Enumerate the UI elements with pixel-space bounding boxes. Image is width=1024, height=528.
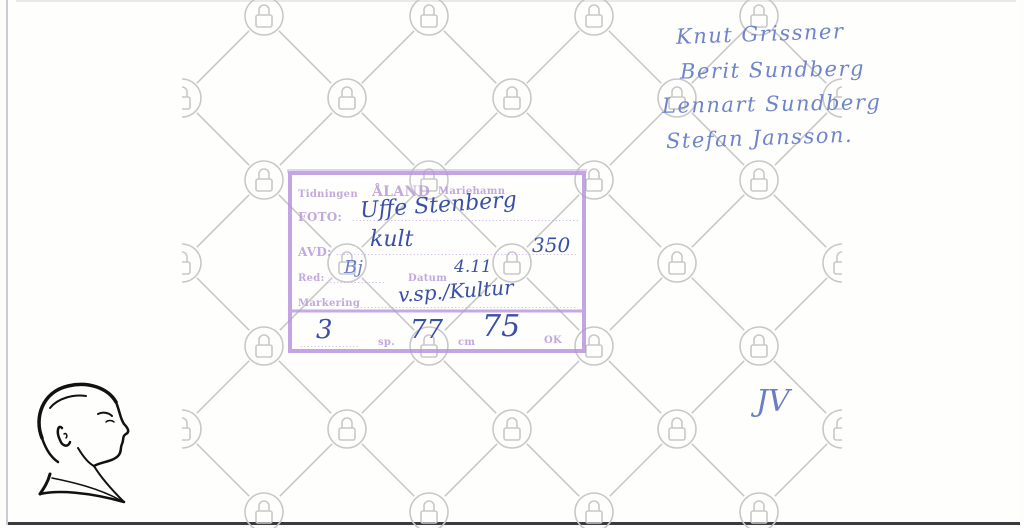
stamp-footer-end: OK: [544, 335, 562, 346]
portrait-silhouette-icon: [28, 378, 138, 508]
page-bottom-edge: [8, 522, 1020, 525]
stamp-footer-value: 77: [410, 315, 443, 345]
stamp-datum-value: 4.11: [454, 257, 492, 277]
stamp-markering-label: Markering: [298, 298, 360, 309]
stamp-foto-label: FOTO:: [298, 210, 342, 224]
stamp-red-label: Red:: [298, 273, 325, 284]
name-line: Berit Sundberg: [680, 56, 865, 83]
stamp-footer-value: 75: [482, 309, 520, 344]
stamp-footer-value: 3: [316, 315, 333, 345]
stamp-footer-label: sp.: [378, 337, 395, 348]
stamp-avd-number: 350: [532, 233, 570, 257]
handwritten-initials: JV: [756, 384, 790, 419]
archive-stamp: Tidningen ÅLAND Mariehamn FOTO: ........…: [286, 163, 590, 355]
stamp-dotted-line: .................: [300, 339, 370, 349]
stamp-footer-label: cm: [458, 337, 475, 348]
stamp-avd-label: AVD:: [298, 245, 332, 259]
stamp-red-value: Bj: [344, 257, 363, 278]
stamp-header-label: Tidningen: [298, 189, 358, 200]
profile-portrait-logo: [28, 378, 138, 508]
stamp-avd-value: kult: [370, 227, 413, 252]
page-top-edge: [16, 0, 1016, 2]
name-line: Lennart Sundberg: [662, 90, 882, 118]
